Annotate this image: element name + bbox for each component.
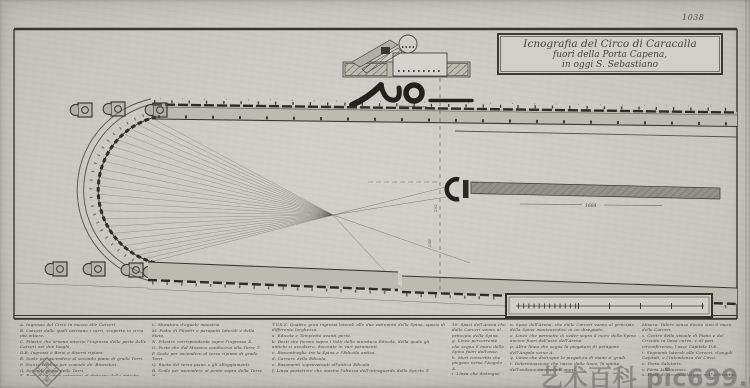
legend-column-3: T.V.X.Z. Quattro gran ingressi laterali …: [272, 322, 446, 373]
legend-entry: P. Scale per ascendere al terzo ripiano …: [152, 351, 268, 362]
tower-icon: [83, 262, 105, 276]
legend-entry: N. Pilastro corrispondente sopra l'ingre…: [152, 339, 268, 344]
sight-line-fan: [99, 119, 333, 261]
legend-entry: i. Linea che distingue l'Angolo B.: [452, 371, 506, 376]
legend-entry: T.V.X.Z. Quattro gran ingressi laterali …: [272, 322, 446, 333]
legend-column-4: 10. Spazi dell'Arena che dalle Carceri v…: [452, 322, 506, 376]
sight-line: [102, 211, 333, 215]
legend-entry: b. Resti che furono sopra i Volti della …: [272, 339, 446, 350]
legend-column-2: L. Muratura d'eguale maestria.M. Podio d…: [152, 322, 268, 376]
north-circus-wall: [152, 99, 737, 138]
title-cartouche: Icnografia del Circo di Caracalla fuori …: [497, 33, 723, 75]
legend-entry: h. Muri convertiti che piegano verso l'A…: [452, 355, 506, 371]
sight-line: [139, 215, 333, 255]
legend-entry: Q. Ruota del terzo piano e gli alloggiam…: [152, 362, 268, 367]
scale-bar-box: [506, 294, 712, 317]
carceres-inset-plan: [343, 35, 470, 77]
sight-line: [125, 134, 333, 215]
sight-line: [119, 215, 333, 240]
sight-line: [102, 169, 333, 215]
legend-entry: c. Rincontraglie tra la Spina e l'Edicol…: [272, 350, 446, 355]
sight-line: [99, 186, 333, 215]
legend-entry: C. Pilastri che ornano intorno l'ingress…: [20, 339, 148, 350]
title-line-2: fuori della Porta Capena,: [553, 50, 667, 61]
legend-entry: M. Podio di Pilastri e parapetti lateral…: [152, 328, 268, 339]
legend-entry: O. Porta che dal Mosaico conduceva alla …: [152, 345, 268, 350]
sight-line: [131, 129, 333, 215]
sight-line: [119, 140, 333, 215]
legend-entry: o. Linea che permette di veder sopra il …: [510, 333, 636, 344]
legend-entry: Misura: Valore senza divota sino il muro…: [642, 322, 738, 333]
legend-entry: B. Carceri dalle quali uscivano i carri;…: [20, 328, 148, 339]
spina-length-label: 1684: [585, 203, 597, 209]
legend-entry: 10. Spazi dell'Arena che dalle Carceri v…: [452, 322, 506, 338]
sight-line: [154, 215, 333, 261]
plate-number: 1038: [682, 13, 704, 22]
sight-line: [105, 161, 333, 215]
corner-towers: [45, 102, 167, 279]
legend-entry: n. Spazi dell'Arena, che dalle Carceri v…: [510, 322, 636, 333]
legend-entry: R. Scala per ascendere al ponte sopra de…: [152, 368, 268, 377]
vertical-measure-label: 292: [433, 204, 438, 213]
vertical-measure-label: 268: [427, 239, 432, 248]
spina: 1684: [447, 179, 720, 209]
sight-line: [125, 215, 333, 246]
sight-line: [131, 215, 333, 251]
legend-entry: a. Edicola e Tempietto avanti porta.: [272, 333, 446, 338]
sight-line: [113, 147, 333, 215]
sight-line: [146, 215, 333, 258]
tower-icon: [45, 262, 67, 276]
legend-entry: A. Ingresso del Circo in mezzo alle Carc…: [20, 322, 148, 327]
legend-entry: f. Linea posteriore che mostra l'altezza…: [272, 368, 446, 373]
title-line-3: in oggi S. Sebastiano: [562, 60, 658, 71]
legend-entry: g. Linea percorrente che segna il muro d…: [452, 338, 506, 354]
legend-entry: L. Muratura d'eguale maestria.: [152, 322, 268, 327]
legend-entry: p. Altra linea che segna la piegatura di…: [510, 344, 636, 355]
obelisk-fragment-ornament: [352, 85, 472, 107]
legend-entry: s. Centro della visuale di Piano e del C…: [642, 333, 738, 349]
tower-icon: [70, 103, 92, 117]
tower-icon: [121, 263, 143, 277]
sight-line: [100, 203, 333, 215]
site-watermark: 艺术百科 pic699.com: [539, 358, 750, 388]
tower-icon: [145, 103, 167, 117]
tower-icon: [103, 102, 125, 116]
collector-seal-icon: [26, 356, 70, 388]
title-line-1: Icnografia del Circo di Caracalla: [523, 38, 696, 50]
legend-entry: D.B. Ingressi e Borsi a diversi ripiani.: [20, 350, 148, 355]
legend-entry: e. Basamenti sopravanzati all'antica Edi…: [272, 362, 446, 367]
legend-entry: d. Carcere della Edicola.: [272, 356, 446, 361]
